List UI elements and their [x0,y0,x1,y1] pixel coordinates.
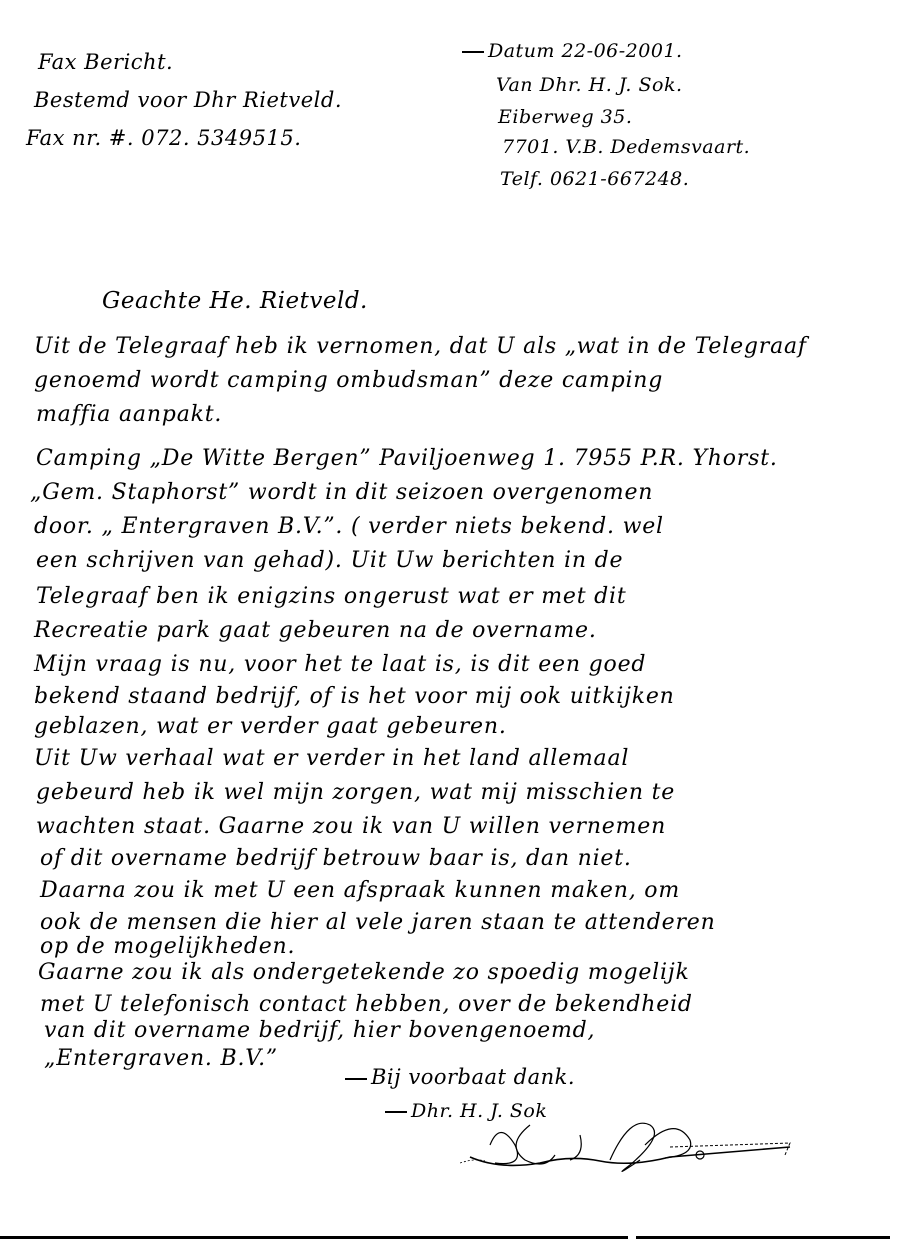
street-line: Eiberweg 35. [498,106,632,128]
dash-mark [462,51,484,53]
date-line: Datum 22-06-2001. [462,40,683,62]
body-line: genoemd wordt camping ombudsman” deze ca… [34,368,663,393]
body-line: wachten staat. Gaarne zou ik van U wille… [36,814,666,839]
recipient-line: Bestemd voor Dhr Rietveld. [34,88,342,112]
body-line: „Entergraven. B.V.” [44,1046,278,1071]
body-line: van dit overname bedrijf, hier bovengeno… [44,1018,595,1043]
closing-text: Bij voorbaat dank. [371,1065,575,1089]
body-line: maffia aanpakt. [36,402,222,427]
body-line: met U telefonisch contact hebben, over d… [40,992,693,1017]
body-line: door. „ Entergraven B.V.”. ( verder niet… [34,514,664,539]
fax-title: Fax Bericht. [38,50,173,74]
body-line: geblazen, wat er verder gaat gebeuren. [34,714,507,739]
body-line: op de mogelijkheden. [40,934,295,959]
closing-line: Bij voorbaat dank. [345,1065,575,1089]
body-line: Uit de Telegraaf heb ik vernomen, dat U … [34,334,807,359]
phone-line: Telf. 0621-667248. [500,168,689,190]
body-line: bekend staand bedrijf, of is het voor mi… [34,684,675,709]
body-line: Telegraaf ben ik enigzins ongerust wat e… [36,584,627,609]
body-line: Recreatie park gaat gebeuren na de overn… [34,618,597,643]
body-line: Uit Uw verhaal wat er verder in het land… [34,746,629,771]
dash-mark [385,1111,407,1113]
fax-number-line: Fax nr. #. 072. 5349515. [26,126,301,150]
body-line: Camping „De Witte Bergen” Paviljoenweg 1… [36,446,778,471]
dash-mark [345,1078,367,1080]
date-text: Datum 22-06-2001. [488,40,683,62]
bottom-rule-left [0,1236,628,1239]
signature-scribble [460,1115,820,1175]
body-line: of dit overname bedrijf betrouw baar is,… [40,846,632,871]
body-line: ook de mensen die hier al vele jaren sta… [40,910,716,935]
bottom-rule-right [636,1236,890,1239]
postal-city-line: 7701. V.B. Dedemsvaart. [502,136,750,158]
body-line: gebeurd heb ik wel mijn zorgen, wat mij … [36,780,675,805]
salutation: Geachte He. Rietveld. [102,288,368,314]
body-line: „Gem. Staphorst” wordt in dit seizoen ov… [30,480,653,505]
sender-line: Van Dhr. H. J. Sok. [496,74,683,96]
body-line: Daarna zou ik met U een afspraak kunnen … [40,878,680,903]
body-line: Mijn vraag is nu, voor het te laat is, i… [34,652,646,677]
body-line: Gaarne zou ik als ondergetekende zo spoe… [38,960,690,985]
body-line: een schrijven van gehad). Uit Uw bericht… [36,548,623,573]
